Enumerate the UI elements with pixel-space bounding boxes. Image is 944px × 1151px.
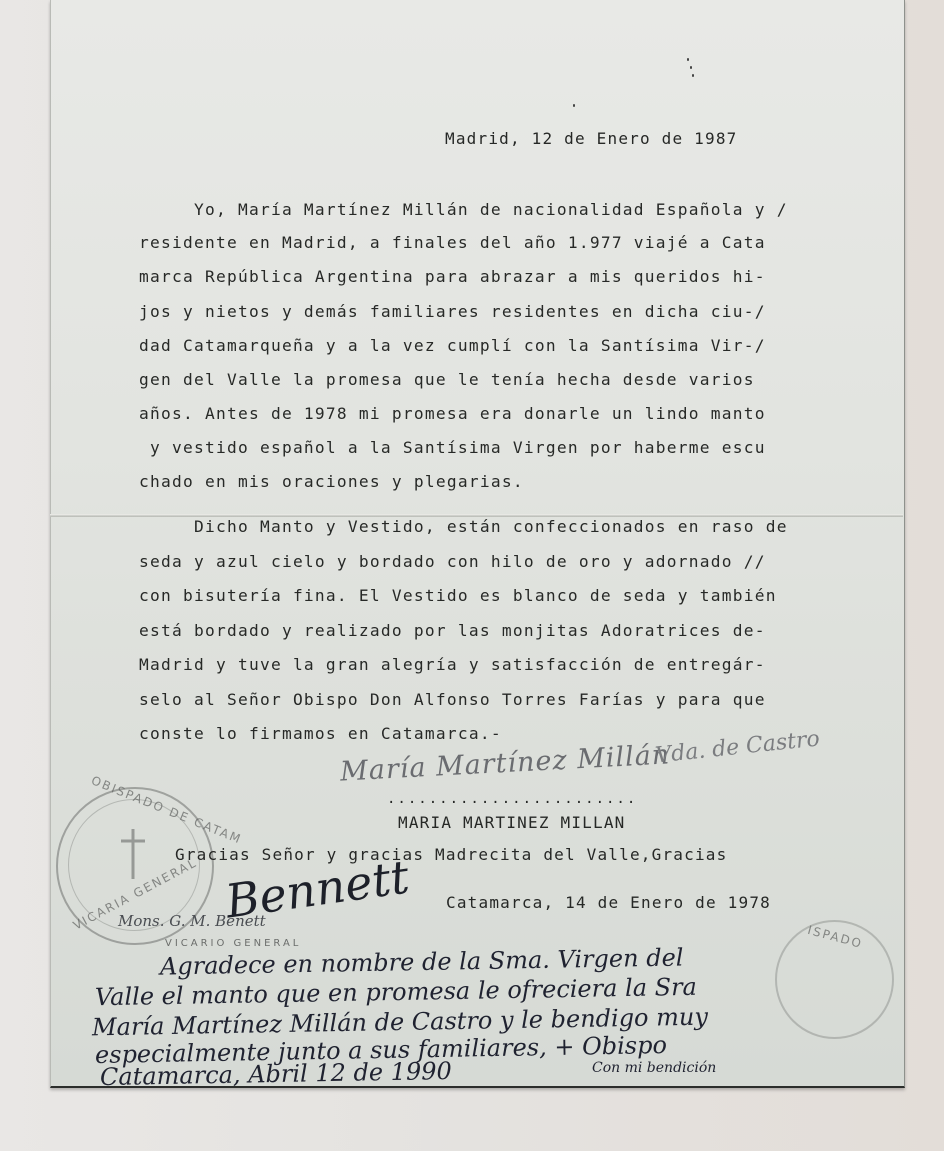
text-line: y vestido español a la Santísima Virgen …	[139, 438, 766, 457]
speck	[687, 58, 689, 61]
text-line: chado en mis oraciones y plegarias.	[139, 472, 524, 491]
second-date: Catamarca, 14 de Enero de 1978	[446, 893, 771, 912]
text-line: Yo, María Martínez Millán de nacionalida…	[139, 200, 788, 219]
text-line: seda y azul cielo y bordado con hilo de …	[139, 552, 766, 571]
text-line: está bordado y realizado por las monjita…	[139, 621, 766, 640]
text-line: jos y nietos y demás familiares resident…	[139, 302, 766, 321]
speck	[692, 74, 694, 77]
second-stamp: ISPADO	[775, 920, 894, 1039]
text-line: gen del Valle la promesa que le tenía he…	[139, 370, 755, 389]
text-line: años. Antes de 1978 mi promesa era donar…	[139, 404, 766, 423]
text-line: conste lo firmamos en Catamarca.-	[139, 724, 502, 743]
text-line: residente en Madrid, a finales del año 1…	[139, 233, 766, 252]
text-line: marca República Argentina para abrazar a…	[139, 267, 766, 286]
note-closing: Con mi bendición	[592, 1060, 716, 1076]
cross-emblem-icon	[118, 829, 148, 879]
text-line: Madrid y tuve la gran alegría y satisfac…	[139, 655, 766, 674]
header-date: Madrid, 12 de Enero de 1987	[445, 129, 738, 148]
signature-dotted-line: ........................	[387, 791, 637, 807]
vicar-title: VICARIO GENERAL	[165, 938, 301, 949]
signatory-name: MARIA MARTINEZ MILLAN	[398, 813, 626, 832]
text-line: selo al Señor Obispo Don Alfonso Torres …	[139, 690, 766, 709]
text-line: dad Catamarqueña y a la vez cumplí con l…	[139, 336, 766, 355]
thanks-line: Gracias Señor y gracias Madrecita del Va…	[175, 845, 727, 864]
second-stamp-text: ISPADO	[806, 923, 864, 951]
speck	[573, 104, 575, 107]
text-line: Dicho Manto y Vestido, están confecciona…	[139, 517, 788, 536]
vicar-printed-name: Mons. G. M. Benett	[118, 912, 266, 930]
text-line: con bisutería fina. El Vestido es blanco…	[139, 586, 777, 605]
speck	[690, 66, 692, 69]
